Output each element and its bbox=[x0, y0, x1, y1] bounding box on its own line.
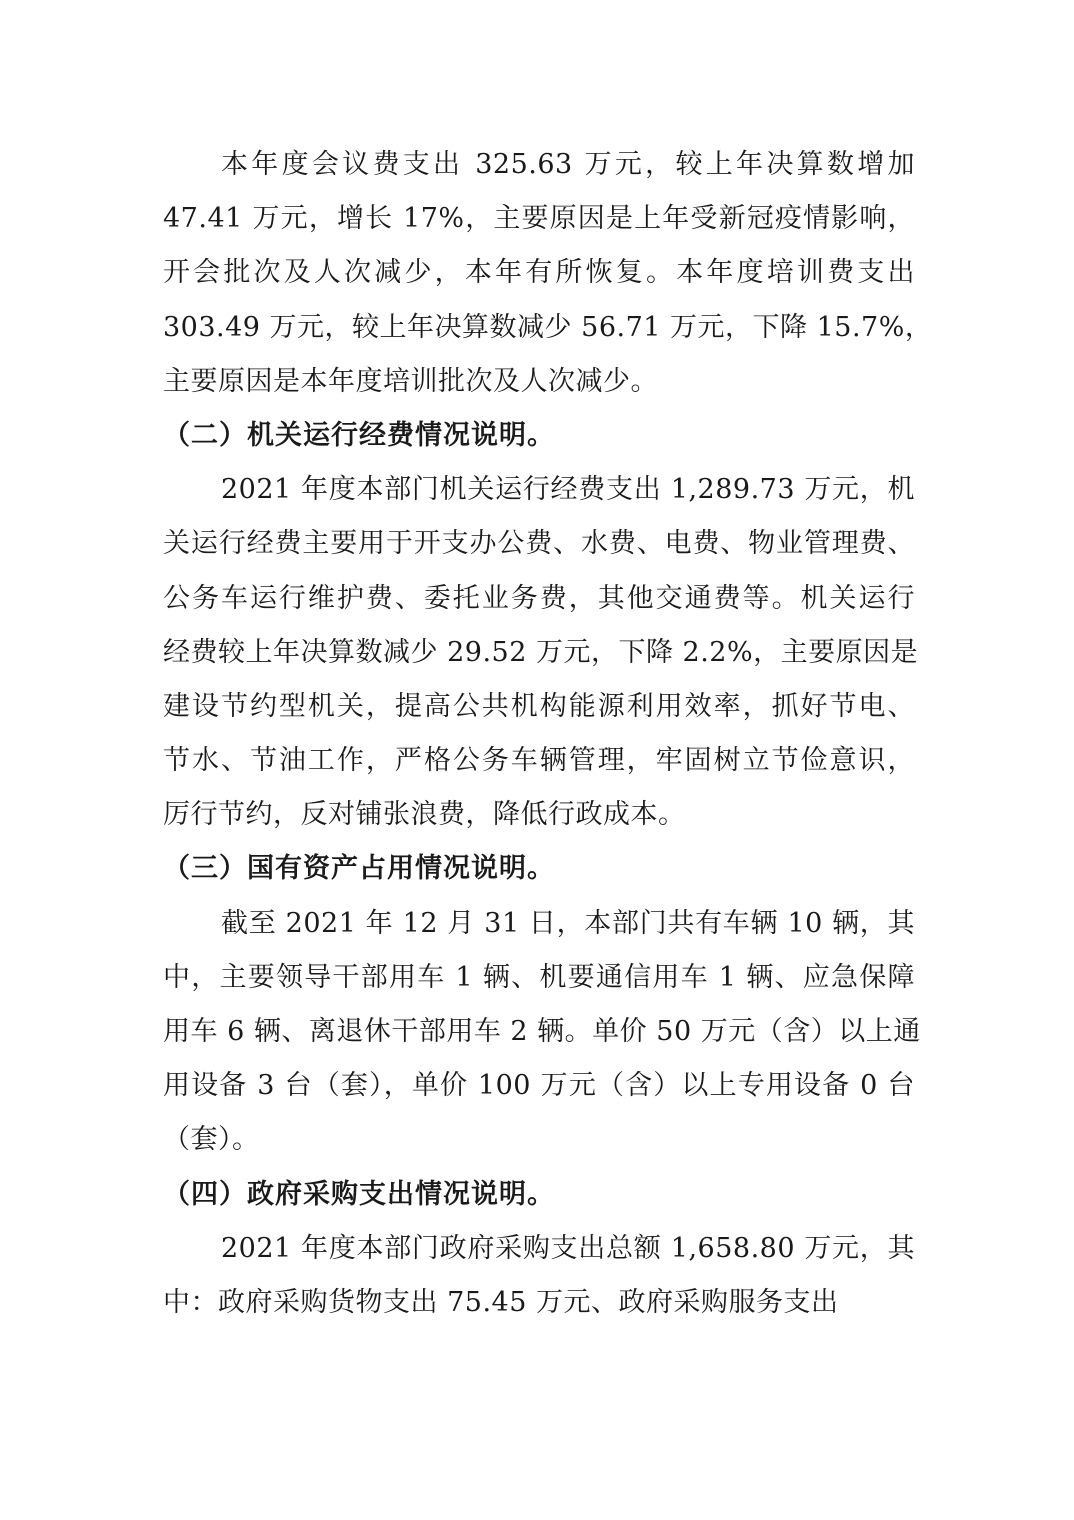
section-heading-government-procurement: （四）政府采购支出情况说明。 bbox=[163, 1168, 915, 1222]
text-line: （套）。 bbox=[163, 1113, 915, 1167]
document-page: 本年度会议费支出 325.63 万元，较上年决算数增加 47.41 万元，增长 … bbox=[163, 138, 915, 1330]
text-line: 关运行经费主要用于开支办公费、水费、电费、物业管理费、 bbox=[163, 517, 915, 571]
text-line: 厉行节约，反对铺张浪费，降低行政成本。 bbox=[163, 788, 915, 842]
text-line: 303.49 万元，较上年决算数减少 56.71 万元，下降 15.7%， bbox=[163, 301, 915, 355]
text-line: 用设备 3 台（套），单价 100 万元（含）以上专用设备 0 台 bbox=[163, 1059, 915, 1113]
text-line: 公务车运行维护费、委托业务费，其他交通费等。机关运行 bbox=[163, 572, 915, 626]
section-heading-operating-expenses: （二）机关运行经费情况说明。 bbox=[163, 409, 915, 463]
text-line: 经费较上年决算数减少 29.52 万元，下降 2.2%，主要原因是 bbox=[163, 626, 915, 680]
text-line: 主要原因是本年度培训批次及人次减少。 bbox=[163, 355, 915, 409]
paragraph-government-procurement: 2021 年度本部门政府采购支出总额 1,658.80 万元，其 中：政府采购货… bbox=[163, 1222, 915, 1330]
text-line: 47.41 万元，增长 17%，主要原因是上年受新冠疫情影响， bbox=[163, 192, 915, 246]
text-line: 建设节约型机关，提高公共机构能源利用效率，抓好节电、 bbox=[163, 680, 915, 734]
paragraph-meeting-training-fees: 本年度会议费支出 325.63 万元，较上年决算数增加 47.41 万元，增长 … bbox=[163, 138, 915, 409]
text-line: 中，主要领导干部用车 1 辆、机要通信用车 1 辆、应急保障 bbox=[163, 951, 915, 1005]
section-heading-state-assets: （三）国有资产占用情况说明。 bbox=[163, 842, 915, 896]
text-line: 2021 年度本部门机关运行经费支出 1,289.73 万元，机 bbox=[163, 463, 915, 517]
text-line: 开会批次及人次减少，本年有所恢复。本年度培训费支出 bbox=[163, 246, 915, 300]
paragraph-operating-expenses: 2021 年度本部门机关运行经费支出 1,289.73 万元，机 关运行经费主要… bbox=[163, 463, 915, 842]
text-line: 用车 6 辆、离退休干部用车 2 辆。单价 50 万元（含）以上通 bbox=[163, 1005, 915, 1059]
text-line: 中：政府采购货物支出 75.45 万元、政府采购服务支出 bbox=[163, 1276, 915, 1330]
paragraph-state-assets: 截至 2021 年 12 月 31 日，本部门共有车辆 10 辆，其 中，主要领… bbox=[163, 897, 915, 1168]
text-line: 截至 2021 年 12 月 31 日，本部门共有车辆 10 辆，其 bbox=[163, 897, 915, 951]
text-line: 2021 年度本部门政府采购支出总额 1,658.80 万元，其 bbox=[163, 1222, 915, 1276]
text-line: 节水、节油工作，严格公务车辆管理，牢固树立节俭意识， bbox=[163, 734, 915, 788]
text-line: 本年度会议费支出 325.63 万元，较上年决算数增加 bbox=[163, 138, 915, 192]
